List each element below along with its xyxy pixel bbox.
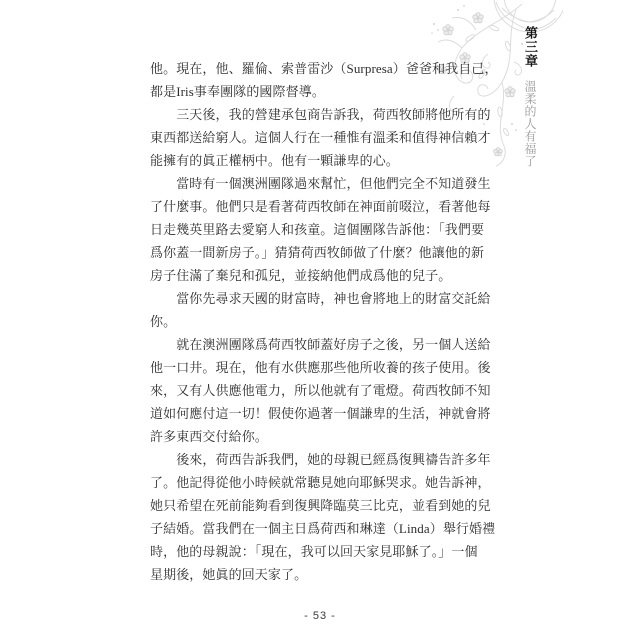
body-line: 星期後，她眞的回天家了。 [150,563,490,586]
chapter-number: 第三章 [521,26,540,68]
body-line: 爲你蓋一間新房子。」猜猜荷西牧師做了什麼？他讓他的新 [150,241,490,264]
body-line: 三天後，我的營建承包商告訴我，荷西牧師將他所有的 [150,103,490,126]
chapter-title: 溫柔的人有福了 [522,80,539,168]
body-line: 都是Iris事奉團隊的國際督導。 [150,80,490,103]
book-page: 第三章 溫柔的人有福了 他。現在，他、羅倫、索普雷沙（Surpresa）爸爸和我… [0,0,640,640]
body-line: 子結婚。當我們在一個主日爲荷西和琳達（Linda）舉行婚禮 [150,517,490,540]
body-line: 你。 [150,310,490,333]
body-text: 他。現在，他、羅倫、索普雷沙（Surpresa）爸爸和我自己，都是Iris事奉團… [150,57,490,586]
body-line: 房子住滿了棄兒和孤兒，並接納他們成爲他的兒子。 [150,264,490,287]
body-line: 當你先尋求天國的財富時，神也會將地上的財富交託給 [150,287,490,310]
body-line: 來，又有人供應他電力，所以他就有了電燈。荷西牧師不知 [150,379,490,402]
body-line: 後來，荷西告訴我們，她的母親已經爲復興禱告許多年 [150,448,490,471]
body-line: 許多東西交付給你。 [150,425,490,448]
body-line: 當時有一個澳洲團隊過來幫忙，但他們完全不知道發生 [150,172,490,195]
body-line: 他一口井。現在，他有水供應那些他所收養的孩子使用。後 [150,356,490,379]
body-line: 她只希望在死前能夠看到復興降臨莫三比克，並看到她的兒 [150,494,490,517]
body-line: 時，他的母親說：「現在，我可以回天家見耶穌了。」一個 [150,540,490,563]
body-line: 就在澳洲團隊爲荷西牧師蓋好房子之後，另一個人送給 [150,333,490,356]
body-line: 道如何應付這一切！假使你過著一個謙卑的生活，神就會將 [150,402,490,425]
body-line: 能擁有的眞正權柄中。他有一顆謙卑的心。 [150,149,490,172]
body-line: 他。現在，他、羅倫、索普雷沙（Surpresa）爸爸和我自己， [150,57,490,80]
body-line: 日走幾英里路去愛窮人和孩童。這個團隊告訴他：「我們要 [150,218,490,241]
chapter-heading: 第三章 溫柔的人有福了 [521,26,540,168]
body-line: 了。他記得從他小時候就常聽見她向耶穌哭求。她告訴神， [150,471,490,494]
body-line: 了什麼事。他們只是看著荷西牧師在神面前啜泣，看著他每 [150,195,490,218]
body-line: 東西都送給窮人。這個人行在一種惟有溫柔和值得神信賴才 [150,126,490,149]
page-number: - 53 - [150,610,490,622]
